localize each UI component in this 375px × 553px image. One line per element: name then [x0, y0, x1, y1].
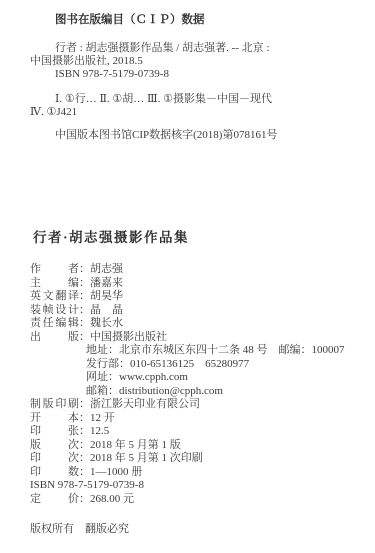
- field-colon: ：: [79, 412, 90, 424]
- field-label: 主编: [30, 277, 79, 291]
- field-label: 责任编辑: [30, 317, 79, 331]
- colophon-row-translator: 英文翻译：胡昊华: [30, 290, 357, 304]
- colophon-row-publisher: 出版：中国摄影出版社: [30, 331, 357, 345]
- field-label: 版次: [30, 439, 79, 453]
- colophon-row-address: 地址：北京市东城区东四十二条 48 号 邮编：100007: [86, 344, 357, 358]
- field-label: 出版: [30, 331, 79, 345]
- field-value: 1—1000 册: [90, 466, 142, 478]
- colophon-row-website: 网址：www.cpph.com: [86, 371, 357, 385]
- field-label: 制版印刷: [30, 398, 79, 412]
- copyright-page: 图书在版编目（ＣＩＰ）数据 行者 : 胡志强摄影作品集 / 胡志强著. -- 北…: [0, 0, 375, 553]
- field-colon: ：: [79, 277, 90, 289]
- colophon-row-print-run: 印数：1—1000 册: [30, 466, 357, 480]
- field-colon: ：: [79, 439, 90, 451]
- cip-class-line-2: Ⅳ. ①J421: [30, 106, 357, 119]
- field-colon: ：: [79, 425, 90, 437]
- field-label: 印次: [30, 452, 79, 466]
- field-colon: ：: [79, 466, 90, 478]
- colophon-row-impression: 印次：2018 年 5 月第 1 次印刷: [30, 452, 357, 466]
- field-value: 潘嘉来: [90, 277, 123, 289]
- field-value: 12.5: [90, 425, 109, 437]
- field-value: 268.00 元: [90, 493, 134, 505]
- field-value: 2018 年 5 月第 1 次印刷: [90, 452, 203, 464]
- field-label: 印张: [30, 425, 79, 439]
- field-colon: ：: [79, 317, 90, 329]
- colophon-row-responsible-editor: 责任编辑：魏长水: [30, 317, 357, 331]
- colophon-block: 作者：胡志强 主编：潘嘉来 英文翻译：胡昊华 装帧设计：晶 晶 责任编辑：魏长水…: [30, 263, 357, 506]
- colophon-row-designer: 装帧设计：晶 晶: [30, 304, 357, 318]
- copyright-notice: 版权所有 翻版必究: [30, 523, 357, 536]
- field-label: 定价: [30, 493, 79, 507]
- field-colon: ：: [79, 304, 90, 316]
- field-value: 中国摄影出版社: [90, 331, 167, 343]
- colophon-row-printer: 制版印刷：浙江影天印业有限公司: [30, 398, 357, 412]
- cip-isbn-line: ISBN 978-7-5179-0739-8: [30, 68, 357, 81]
- cip-record-block: 行者 : 胡志强摄影作品集 / 胡志强著. -- 北京 : 中国摄影出版社, 2…: [30, 42, 357, 81]
- cip-record-line-2: 中国摄影出版社, 2018.5: [30, 55, 357, 68]
- colophon-row-isbn: ISBN 978-7-5179-0739-8: [30, 479, 357, 493]
- field-colon: ：: [79, 398, 90, 410]
- cip-classification-block: Ⅰ. ①行… Ⅱ. ①胡… Ⅲ. ①摄影集－中国－现代 Ⅳ. ①J421: [30, 93, 357, 119]
- field-colon: ：: [79, 331, 90, 343]
- colophon-row-chief-editor: 主编：潘嘉来: [30, 277, 357, 291]
- cip-verification-block: 中国版本图书馆CIP数据核字(2018)第078161号: [30, 129, 357, 142]
- field-value: 胡志强: [90, 263, 123, 275]
- colophon-row-edition: 版次：2018 年 5 月第 1 版: [30, 439, 357, 453]
- cip-heading: 图书在版编目（ＣＩＰ）数据: [55, 13, 357, 27]
- field-value: 2018 年 5 月第 1 版: [90, 439, 181, 451]
- field-colon: ：: [79, 493, 90, 505]
- colophon-row-format: 开本：12 开: [30, 412, 357, 426]
- field-value: 浙江影天印业有限公司: [90, 398, 200, 410]
- field-value: 胡昊华: [90, 290, 123, 302]
- book-title: 行者·胡志强摄影作品集: [33, 230, 357, 245]
- field-label: 装帧设计: [30, 304, 79, 318]
- colophon-row-price: 定价：268.00 元: [30, 493, 357, 507]
- field-colon: ：: [79, 263, 90, 275]
- field-colon: ：: [79, 452, 90, 464]
- field-label: 英文翻译: [30, 290, 79, 304]
- cip-verification-line: 中国版本图书馆CIP数据核字(2018)第078161号: [30, 129, 357, 142]
- colophon-row-email: 邮箱：distribution@cpph.com: [86, 385, 357, 399]
- colophon-row-author: 作者：胡志强: [30, 263, 357, 277]
- field-value: 魏长水: [90, 317, 123, 329]
- cip-record-line-1: 行者 : 胡志强摄影作品集 / 胡志强著. -- 北京 :: [30, 42, 357, 55]
- field-value: 晶 晶: [90, 304, 123, 316]
- field-label: 开本: [30, 412, 79, 426]
- field-label: 印数: [30, 466, 79, 480]
- field-colon: ：: [79, 290, 90, 302]
- cip-class-line-1: Ⅰ. ①行… Ⅱ. ①胡… Ⅲ. ①摄影集－中国－现代: [30, 93, 357, 106]
- colophon-row-distribution-phone: 发行部：010-65136125 65280977: [86, 358, 357, 372]
- field-value: 12 开: [90, 412, 115, 424]
- colophon-row-sheets: 印张：12.5: [30, 425, 357, 439]
- field-label: 作者: [30, 263, 79, 277]
